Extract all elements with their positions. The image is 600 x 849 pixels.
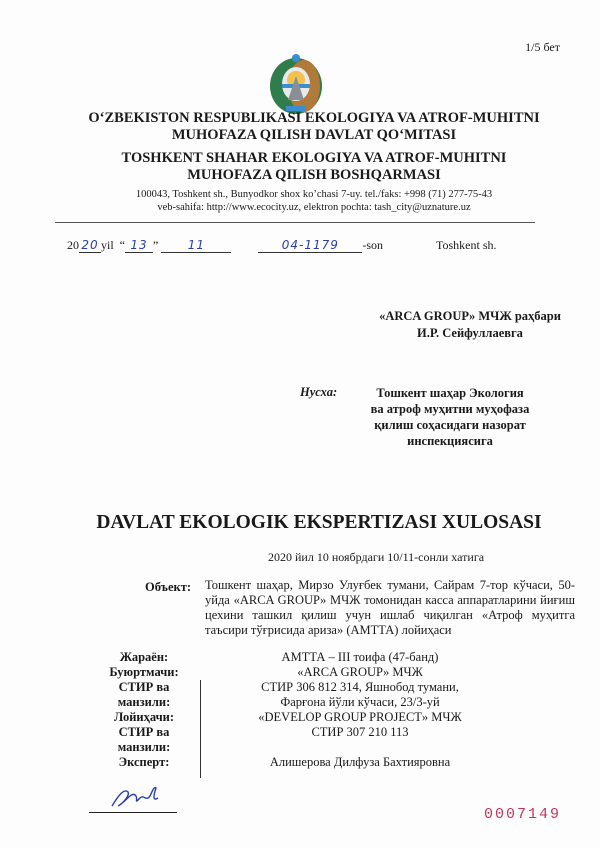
signature-line <box>89 812 177 813</box>
day-handwritten: 13 <box>125 238 153 253</box>
address-line: 100043, Toshkent sh., Bunyodkor shox ko’… <box>28 188 600 201</box>
object-label: Объект: <box>145 580 191 595</box>
web-line: veb-sahifa: http://www.ecocity.uz, elekt… <box>28 201 600 214</box>
document-subtitle: 2020 йил 10 ноябрдаги 10/11-сонли хатига <box>268 550 484 565</box>
copy-recipient: Тошкент шаҳар Экология ва атроф муҳитни … <box>360 385 540 449</box>
month-handwritten: 11 <box>161 238 231 253</box>
department-name: TOSHKENT SHAHAR EKOLOGIYA VA ATROF-MUHIT… <box>0 150 600 184</box>
year-handwritten: 20 <box>79 238 101 253</box>
page-number: 1/5 бет <box>525 40 560 55</box>
ministry-name: O‘ZBEKISTON RESPUBLIKASI EKOLOGIYA VA AT… <box>0 110 600 144</box>
header-divider <box>55 222 535 223</box>
signature-icon <box>108 782 168 812</box>
copy-label: Нусха: <box>300 385 337 400</box>
details-divider <box>200 680 201 778</box>
contact-info: 100043, Toshkent sh., Bunyodkor shox ko’… <box>0 188 600 214</box>
details-labels: Жараён: Буюртмачи: СТИР ва манзили: Лойи… <box>98 650 190 770</box>
details-values: АМТТА – III тоифа (47-банд) «ARCA GROUP»… <box>235 650 485 770</box>
serial-number: 0007149 <box>484 806 561 823</box>
document-title: DAVLAT EKOLOGIK EKSPERTIZASI XULOSASI <box>0 512 600 534</box>
recipient: «ARCA GROUP» МЧЖ раҳбари И.Р. Сейфуллаев… <box>355 308 585 342</box>
date-line: 2020yil “13” 11 04-1179-son <box>67 238 383 253</box>
state-emblem-icon <box>268 50 324 116</box>
city: Toshkent sh. <box>436 238 497 253</box>
document-number-handwritten: 04-1179 <box>258 238 362 253</box>
object-description: Тошкент шаҳар, Мирзо Улуғбек тумани, Сай… <box>205 578 575 638</box>
